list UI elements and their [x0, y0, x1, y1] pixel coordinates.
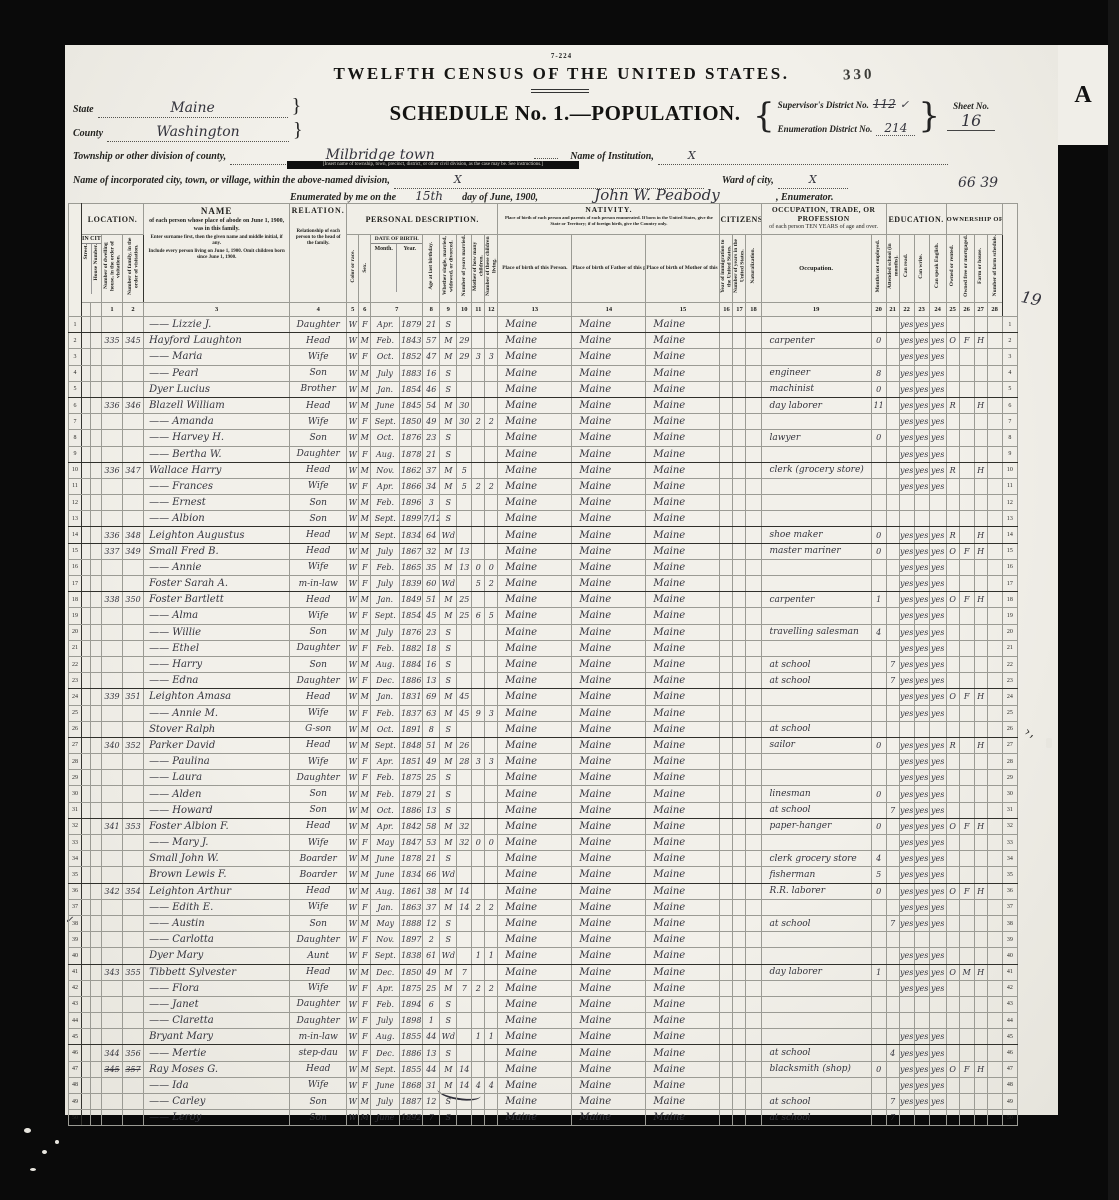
cell-en: yes [929, 754, 946, 770]
cell-yb: 1850 [400, 964, 423, 980]
cell-rd [899, 932, 914, 948]
cell-mar: M [440, 462, 457, 478]
cell-house [91, 559, 102, 575]
cell-mc: 2 [472, 899, 485, 915]
row-number-left: 40 [69, 948, 82, 964]
cell-mtg [959, 381, 974, 397]
cell-fam [123, 511, 144, 527]
cell-yb: 1851 [400, 754, 423, 770]
brace: } [292, 95, 302, 117]
cell-fam [123, 430, 144, 446]
cell-fs [987, 948, 1002, 964]
person-row: 38—— AustinSonWMMay188812SMaineMaineMain… [69, 915, 1018, 931]
cell-pm: Maine [646, 883, 720, 899]
cell-yu [733, 624, 746, 640]
cell-fs [987, 754, 1002, 770]
cell-occ: sailor [761, 737, 871, 753]
cell-age: 60 [423, 576, 440, 592]
person-row: 2335345Hayford LaughtonHeadWMFeb.184357M… [69, 333, 1018, 349]
cell-mc: 0 [472, 559, 485, 575]
cell-fs [987, 478, 1002, 494]
cell-name: —— Alden [144, 786, 290, 802]
cell-occ: day laborer [761, 964, 871, 980]
can-speak-english-column-header: Can speak English. [929, 235, 946, 303]
column-number: 2 [123, 303, 144, 317]
cell-rel: Daughter [290, 673, 347, 689]
cell-mne [871, 980, 886, 996]
column-number: 19 [761, 303, 871, 317]
row-number-left: 3 [69, 349, 82, 365]
cell-occ [761, 770, 871, 786]
cell-pf: Maine [572, 333, 646, 349]
cell-wr: yes [914, 948, 929, 964]
cell-mb: June [371, 851, 400, 867]
person-row: 24339351Leighton AmasaHeadWMJan.183169M4… [69, 689, 1018, 705]
farm-schedule-column-header: Number of farm schedule. [987, 235, 1002, 303]
cell-yu [733, 770, 746, 786]
cell-yb: 1831 [400, 689, 423, 705]
person-row: 50—— LeroySonWMJune18927SMaineMaineMaine… [69, 1110, 1018, 1126]
cell-yi [720, 996, 733, 1012]
cell-mne [871, 689, 886, 705]
cell-dw: 340 [102, 737, 123, 753]
cell-c: W [347, 948, 359, 964]
row-number-left: 42 [69, 980, 82, 996]
cell-occ [761, 1077, 871, 1093]
cell-house [91, 317, 102, 333]
cell-cl [485, 818, 498, 834]
cell-own: O [946, 1061, 959, 1077]
cell-sch [886, 414, 899, 430]
nativity-note: Place of birth of each person and parent… [500, 215, 717, 226]
cell-cl [485, 462, 498, 478]
cell-fh [974, 835, 987, 851]
cell-nat [746, 705, 761, 721]
age-column-header: Age at last birthday. [423, 235, 440, 303]
cell-sch [886, 608, 899, 624]
cell-nat [746, 462, 761, 478]
cell-name: —— Mertie [144, 1045, 290, 1061]
cell-own: R [946, 462, 959, 478]
cell-fh [974, 624, 987, 640]
cell-ym [457, 317, 472, 333]
cell-nat [746, 624, 761, 640]
cell-mb: July [371, 576, 400, 592]
cell-mar: S [440, 802, 457, 818]
cell-street [82, 689, 91, 705]
cell-mne: 0 [871, 527, 886, 543]
cell-age: 47 [423, 349, 440, 365]
cell-en: yes [929, 1029, 946, 1045]
person-row: 10336347Wallace HarryHeadWMNov.186237M5M… [69, 462, 1018, 478]
cell-rel: Daughter [290, 770, 347, 786]
cell-yi [720, 851, 733, 867]
cell-nat [746, 915, 761, 931]
cell-mar: S [440, 932, 457, 948]
cell-c: W [347, 624, 359, 640]
row-number-right: 49 [1002, 1094, 1017, 1110]
row-number-left: 17 [69, 576, 82, 592]
cell-fh [974, 1029, 987, 1045]
cell-mtg [959, 317, 974, 333]
cell-mne [871, 478, 886, 494]
cell-mc [472, 770, 485, 786]
cell-yu [733, 915, 746, 931]
cell-mar: M [440, 899, 457, 915]
cell-yb: 1854 [400, 608, 423, 624]
cell-yb: 1896 [400, 495, 423, 511]
cell-yi [720, 980, 733, 996]
state-label: State [73, 104, 94, 115]
cell-fh: H [974, 592, 987, 608]
cell-occ: at school [761, 915, 871, 931]
cell-yb: 1884 [400, 656, 423, 672]
cell-wr: yes [914, 478, 929, 494]
cell-dw [102, 365, 123, 381]
cell-mar: S [440, 1110, 457, 1126]
cell-fs [987, 1077, 1002, 1093]
cell-rd: yes [899, 948, 914, 964]
cell-c: W [347, 365, 359, 381]
cell-yb: 1899 [400, 511, 423, 527]
cell-rd: yes [899, 430, 914, 446]
cell-pb: Maine [498, 317, 572, 333]
cell-mar: S [440, 640, 457, 656]
cell-c: W [347, 996, 359, 1012]
cell-mb: Jan. [371, 592, 400, 608]
cell-mb: June [371, 867, 400, 883]
cell-ym: 7 [457, 964, 472, 980]
row-number-right: 34 [1002, 851, 1017, 867]
person-row: 35Brown Lewis F.BoarderWMJune183466WdMai… [69, 867, 1018, 883]
cell-house [91, 1029, 102, 1045]
cell-mar: S [440, 495, 457, 511]
cell-pb: Maine [498, 430, 572, 446]
cell-pf: Maine [572, 1077, 646, 1093]
cell-ym: 14 [457, 1061, 472, 1077]
cell-street [82, 446, 91, 462]
cell-mne: 0 [871, 1061, 886, 1077]
cell-mar: M [440, 333, 457, 349]
person-row: 15337349Small Fred B.HeadWMJuly186732M13… [69, 543, 1018, 559]
cell-rel: Wife [290, 608, 347, 624]
cell-mb: Feb. [371, 996, 400, 1012]
cell-mtg [959, 511, 974, 527]
cell-yi [720, 365, 733, 381]
row-number-left: 31 [69, 802, 82, 818]
row-number-left: 33 [69, 835, 82, 851]
cell-rel: step-dau [290, 1045, 347, 1061]
cell-mar: S [440, 1045, 457, 1061]
cell-name: Blazell William [144, 397, 290, 413]
cell-street [82, 1013, 91, 1029]
cell-pf: Maine [572, 462, 646, 478]
cell-s: M [359, 430, 371, 446]
cell-rel: Wife [290, 899, 347, 915]
birthplace-mother-column-header: Place of birth of Mother of this person. [646, 235, 720, 303]
cell-dw [102, 349, 123, 365]
cell-age: 6 [423, 996, 440, 1012]
cell-wr: yes [914, 333, 929, 349]
cell-mc [472, 1110, 485, 1126]
column-number: 1 [102, 303, 123, 317]
cell-rd: yes [899, 883, 914, 899]
cell-dw [102, 640, 123, 656]
cell-yb: 1834 [400, 867, 423, 883]
cell-pf: Maine [572, 996, 646, 1012]
cell-dw: 336 [102, 397, 123, 413]
cell-dw: 338 [102, 592, 123, 608]
cell-pf: Maine [572, 786, 646, 802]
cell-rel: Head [290, 543, 347, 559]
cell-s: M [359, 1061, 371, 1077]
cell-pm: Maine [646, 624, 720, 640]
cell-house [91, 430, 102, 446]
sex-column-header: Sex. [359, 235, 371, 303]
cell-occ: at school [761, 656, 871, 672]
cell-street [82, 802, 91, 818]
cell-pm: Maine [646, 656, 720, 672]
cell-en: yes [929, 624, 946, 640]
cell-own [946, 511, 959, 527]
cell-yu [733, 1013, 746, 1029]
cell-fs [987, 915, 1002, 931]
cell-pb: Maine [498, 996, 572, 1012]
cell-en: yes [929, 656, 946, 672]
cell-sch [886, 576, 899, 592]
cell-nat [746, 786, 761, 802]
cell-nat [746, 414, 761, 430]
row-number-left: 10 [69, 462, 82, 478]
cell-mtg [959, 899, 974, 915]
cell-yi [720, 381, 733, 397]
cell-fam [123, 317, 144, 333]
cell-c: W [347, 786, 359, 802]
year-column-header: Year. [397, 244, 422, 292]
district-block: { Supervisor's District No. 112 ✓ Enumer… [753, 95, 995, 137]
cell-age: 13 [423, 1045, 440, 1061]
cell-cl: 2 [485, 414, 498, 430]
cell-yu [733, 478, 746, 494]
cell-dw [102, 381, 123, 397]
institution-value: X [688, 149, 696, 162]
cell-mtg [959, 446, 974, 462]
row-number-left: 39 [69, 932, 82, 948]
cell-cl: 2 [485, 899, 498, 915]
row-number-right: 43 [1002, 996, 1017, 1012]
cell-c: W [347, 656, 359, 672]
cell-c: W [347, 802, 359, 818]
cell-s: M [359, 333, 371, 349]
cell-sch [886, 381, 899, 397]
cell-en: yes [929, 478, 946, 494]
cell-wr: yes [914, 980, 929, 996]
cell-mc [472, 883, 485, 899]
cell-mar: S [440, 430, 457, 446]
cell-occ [761, 446, 871, 462]
row-number-left: 20 [69, 624, 82, 640]
cell-rel: Son [290, 511, 347, 527]
cell-fs [987, 996, 1002, 1012]
cell-wr: yes [914, 737, 929, 753]
cell-name: Hayford Laughton [144, 333, 290, 349]
cell-mc [472, 317, 485, 333]
cell-mtg [959, 365, 974, 381]
cell-house [91, 1110, 102, 1126]
cell-fam [123, 381, 144, 397]
cell-occ: travelling salesman [761, 624, 871, 640]
cell-rd: yes [899, 462, 914, 478]
cell-yu [733, 1061, 746, 1077]
family-number-column-header: Number of family, in the order of visita… [123, 235, 144, 303]
column-number-row: 1234567891011121314151617181920212223242… [69, 303, 1018, 317]
cell-yb: 1838 [400, 948, 423, 964]
cell-fam: 346 [123, 397, 144, 413]
cell-fam: 349 [123, 543, 144, 559]
cell-house [91, 915, 102, 931]
cell-c: W [347, 689, 359, 705]
column-number [91, 303, 102, 317]
cell-yi [720, 656, 733, 672]
cell-yb: 1862 [400, 462, 423, 478]
cell-street [82, 1077, 91, 1093]
cell-cl: 2 [485, 980, 498, 996]
cell-house [91, 802, 102, 818]
cell-mc: 9 [472, 705, 485, 721]
cell-yi [720, 1094, 733, 1110]
cell-nat [746, 883, 761, 899]
cell-wr: yes [914, 899, 929, 915]
cell-yi [720, 770, 733, 786]
cell-wr: yes [914, 1045, 929, 1061]
cell-fam [123, 349, 144, 365]
cell-yu [733, 592, 746, 608]
cell-yu [733, 867, 746, 883]
cell-yb: 1892 [400, 1110, 423, 1126]
cell-yu [733, 608, 746, 624]
cell-mar: S [440, 915, 457, 931]
cell-mb: Jan. [371, 381, 400, 397]
birthplace-person-column-header: Place of birth of this Person. [498, 235, 572, 303]
marital-status-column-header: Whether single, married, widowed, or div… [440, 235, 457, 303]
cell-ym [457, 365, 472, 381]
cell-sch: 7 [886, 673, 899, 689]
cell-name: Small Fred B. [144, 543, 290, 559]
cell-occ: linesman [761, 786, 871, 802]
cell-pm: Maine [646, 1045, 720, 1061]
cell-street [82, 397, 91, 413]
cell-s: F [359, 980, 371, 996]
cell-s: M [359, 495, 371, 511]
cell-street [82, 1094, 91, 1110]
cell-ym: 14 [457, 899, 472, 915]
cell-yb: 1897 [400, 932, 423, 948]
cell-pb: Maine [498, 802, 572, 818]
row-number-right: 16 [1002, 559, 1017, 575]
row-number-right: 47 [1002, 1061, 1017, 1077]
cell-street [82, 1045, 91, 1061]
cell-cl [485, 721, 498, 737]
cell-en: yes [929, 333, 946, 349]
row-number-column-left [69, 204, 82, 317]
cell-pf: Maine [572, 1045, 646, 1061]
location-group-header: LOCATION. [82, 204, 144, 235]
cell-dw [102, 673, 123, 689]
cell-yb: 1898 [400, 1013, 423, 1029]
personal-description-group-header: PERSONAL DESCRIPTION. [347, 204, 498, 235]
cell-cl [485, 381, 498, 397]
row-number-left: 24 [69, 689, 82, 705]
cell-yu [733, 317, 746, 333]
cell-wr: yes [914, 851, 929, 867]
row-number-right: 9 [1002, 446, 1017, 462]
person-row: 43—— JanetDaughterWFFeb.18946SMaineMaine… [69, 996, 1018, 1012]
row-number-right: 28 [1002, 754, 1017, 770]
row-number-left: 25 [69, 705, 82, 721]
cell-c: W [347, 592, 359, 608]
cell-ym [457, 446, 472, 462]
cell-name: —— Annie M. [144, 705, 290, 721]
cell-cl [485, 527, 498, 543]
cell-pm: Maine [646, 980, 720, 996]
cell-sch [886, 786, 899, 802]
cell-street [82, 818, 91, 834]
cell-yb: 1852 [400, 349, 423, 365]
cell-fh [974, 754, 987, 770]
cell-mc: 1 [472, 1029, 485, 1045]
cell-pb: Maine [498, 1110, 572, 1126]
cell-sch [886, 818, 899, 834]
cell-pb: Maine [498, 770, 572, 786]
row-number-right: 35 [1002, 867, 1017, 883]
cell-yi [720, 592, 733, 608]
cell-occ: machinist [761, 381, 871, 397]
row-number-right: 48 [1002, 1077, 1017, 1093]
person-row: 40Dyer MaryAuntWFSept.183861Wd11MaineMai… [69, 948, 1018, 964]
cell-yb: 1878 [400, 446, 423, 462]
cell-yu [733, 851, 746, 867]
cell-age: 45 [423, 608, 440, 624]
cell-own [946, 1110, 959, 1126]
nativity-group-header: NATIVITY. Place of birth of each person … [498, 204, 720, 235]
cell-pf: Maine [572, 1110, 646, 1126]
cell-ym [457, 802, 472, 818]
cell-c: W [347, 851, 359, 867]
cell-fh [974, 478, 987, 494]
cell-en: yes [929, 915, 946, 931]
cell-yu [733, 754, 746, 770]
person-row: 11—— FrancesWifeWFApr.186634M522MaineMai… [69, 478, 1018, 494]
cell-mne [871, 446, 886, 462]
cell-age: 49 [423, 754, 440, 770]
cell-en: yes [929, 673, 946, 689]
cell-c: W [347, 430, 359, 446]
cell-fam: 348 [123, 527, 144, 543]
cell-mc [472, 333, 485, 349]
cell-rd: yes [899, 333, 914, 349]
cell-wr: yes [914, 543, 929, 559]
cell-fs [987, 333, 1002, 349]
cell-fam [123, 495, 144, 511]
cell-fam [123, 559, 144, 575]
cell-name: —— Albion [144, 511, 290, 527]
brace-open: { [753, 96, 775, 136]
cell-house [91, 624, 102, 640]
cell-mb: Aug. [371, 883, 400, 899]
row-number-left: 38 [69, 915, 82, 931]
cell-occ [761, 478, 871, 494]
cell-dw [102, 899, 123, 915]
